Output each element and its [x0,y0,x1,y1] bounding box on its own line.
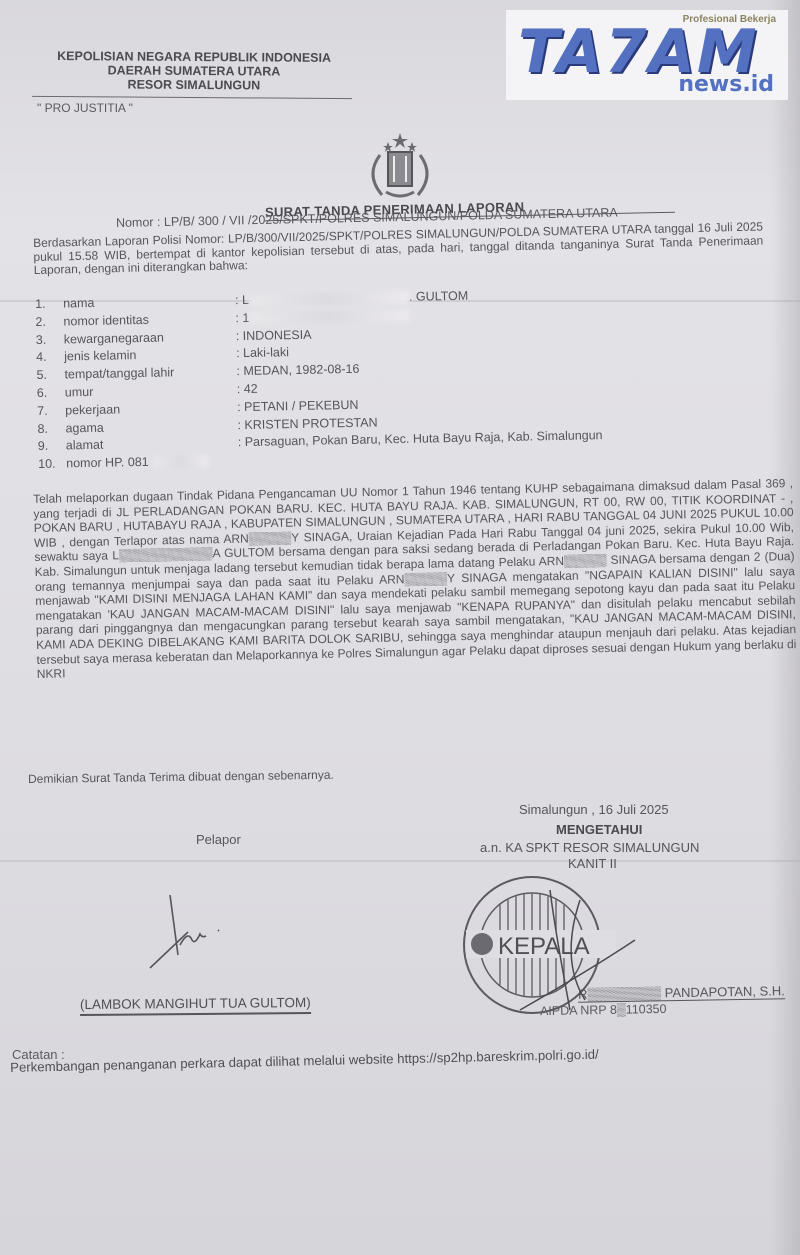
paper-fold [0,860,800,862]
redacted-block [153,455,208,469]
field-value: : 42 [237,382,258,396]
field-number: 4. [36,350,60,364]
field-label: nomor HP. 081 [66,455,149,471]
field-value: : KRISTEN PROTESTAN [237,415,377,432]
redacted-block [249,291,409,307]
field-number: 7. [37,403,61,417]
acknowledged-label: MENGETAHUI [556,822,642,837]
field-value: : L. GULTOM [235,289,468,308]
reporter-name: (LAMBOK MANGIHUT TUA GULTOM) [80,995,311,1016]
field-number: 9. [38,439,62,453]
tracking-note: Perkembangan penanganan perkara dapat di… [10,1043,770,1075]
field-label: nama [63,296,95,311]
field-number: 5. [36,368,60,382]
field-value: : Laki-laki [236,346,289,361]
field-value-text: : PETANI / PEKEBUN [237,398,359,414]
field-number: 1. [35,297,59,311]
letterhead-line-3: RESOR SIMALUNGUN [34,77,354,93]
officer-nrp: AIPDA NRP 8▒110350 [540,1002,667,1018]
officer-position: KANIT II [568,856,617,871]
field-value-text: : INDONESIA [236,327,312,342]
field-value-text: : 1 [235,311,249,325]
field-label: alamat [66,438,104,453]
field-value: : MEDAN, 1982-08-16 [236,362,359,378]
field-label: umur [65,385,94,400]
field-value [153,454,208,469]
field-value-text: : MEDAN, 1982-08-16 [236,362,359,378]
reporter-signature-icon [140,890,230,970]
place-date: Simalungun , 16 Juli 2025 [519,802,669,817]
closing-statement: Demikian Surat Tanda Terima dibuat denga… [28,765,588,786]
officer-name: R▒▒▒▒▒▒▒▒ PANDAPOTAN, S.H. [578,983,785,1003]
on-behalf-label: a.n. KA SPKT RESOR SIMALUNGUN [480,840,699,855]
field-value-text: : Laki-laki [236,346,289,361]
field-number: 2. [35,314,59,328]
reporter-fields: 1.nama: L. GULTOM2.nomor identitas: 13.k… [35,285,678,475]
letterhead-line-1: KEPOLISIAN NEGARA REPUBLIK INDONESIA [34,49,354,65]
field-label: agama [65,420,103,435]
watermark-logo: Profesional Bekerja TA7AM news.id [506,10,788,100]
field-value-suffix: . GULTOM [409,289,469,304]
field-number: 10. [38,457,62,471]
report-body: Telah melaporkan dugaan Tindak Pidana Pe… [33,476,797,682]
reporter-label: Pelapor [196,832,241,847]
document-page: KEPOLISIAN NEGARA REPUBLIK INDONESIA DAE… [0,0,800,1255]
watermark-domain: news.id [678,72,774,97]
field-value-text: : 42 [237,382,258,396]
field-label: jenis kelamin [64,348,137,363]
letterhead-divider [32,96,352,99]
field-number: 3. [36,332,60,346]
redacted-block [249,309,409,325]
pro-justitia: " PRO JUSTITIA " [37,101,133,115]
field-value-text: : KRISTEN PROTESTAN [237,415,377,432]
field-label: pekerjaan [65,402,120,417]
letterhead: KEPOLISIAN NEGARA REPUBLIK INDONESIA DAE… [34,49,354,93]
field-value: : INDONESIA [236,327,312,342]
field-label: nomor identitas [63,313,149,329]
stamp-center-text: KEPALA [498,933,590,960]
field-number: 8. [37,421,61,435]
field-number: 6. [37,386,61,400]
field-label: tempat/tanggal lahir [64,366,174,382]
field-value-text: : L [235,293,249,307]
field-label: kewarganegaraan [64,330,164,346]
field-value: : 1 [235,308,409,326]
field-value: : PETANI / PEKEBUN [237,398,359,414]
police-emblem-icon [360,130,440,205]
